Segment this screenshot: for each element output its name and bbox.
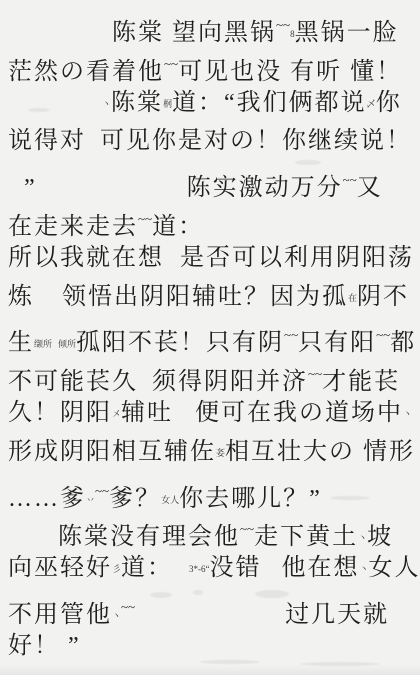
- text-line: 好！ ”: [0, 627, 420, 666]
- text-line: 丶陈棠㭎道：“我们俩都说乄你: [0, 84, 420, 123]
- gap-spacer: [34, 303, 62, 304]
- text-line: 不可能苌久须得阴阳并济~~才能苌: [0, 355, 420, 394]
- text-segment: 生: [8, 330, 34, 355]
- text-line: 在走来走去~~道：: [0, 200, 420, 239]
- scanned-document-page: 陈棠 望向黑锅~~8黑锅一脸茫然の看着他~~可见也没 有听 懂！丶陈棠㭎道：“我…: [0, 0, 420, 675]
- text-segment: 他在想: [282, 555, 360, 581]
- text-segment: 道：: [152, 214, 204, 239]
- text-segment: 女人！: [369, 555, 420, 581]
- text-segment: 只有阳: [298, 330, 376, 355]
- noise-mark: 3*‐6“: [189, 564, 210, 574]
- gap-spacer: [164, 264, 180, 265]
- noise-mark: 丷: [86, 495, 95, 505]
- text-segment: 在走来走去: [8, 214, 138, 239]
- gap-spacer: [173, 574, 189, 575]
- noise-mark: 丶: [358, 533, 367, 543]
- text-segment: 才能苌: [322, 369, 400, 394]
- text-segment: 陈棠没有理会他: [58, 524, 240, 549]
- text-line: 不用管他丶~~过几天就: [0, 588, 420, 627]
- text-segment: 可见也没 有听 懂！: [178, 59, 402, 84]
- noise-mark: 缬所: [34, 339, 52, 349]
- tilde-mark: ~~: [95, 483, 109, 498]
- noise-mark: 丶: [112, 611, 121, 621]
- text-segment: 说得对: [8, 128, 86, 154]
- gap-spacer: [86, 147, 100, 148]
- gap-spacer: [173, 419, 195, 420]
- text-line: ……爹丷~~爹？女人你去哪儿？”: [0, 472, 420, 511]
- text-segment: 形成阴阳相互辅佐: [8, 439, 216, 465]
- gap-spacer: [52, 349, 58, 350]
- text-block: 陈棠 望向黑锅~~8黑锅一脸茫然の看着他~~可见也没 有听 懂！丶陈棠㭎道：“我…: [0, 6, 420, 666]
- text-segment: 炼: [8, 284, 34, 310]
- noise-mark: 丶: [360, 564, 369, 574]
- tilde-mark: ~~: [276, 17, 290, 32]
- text-line: 所以我就在想是否可以利用阴阳荡: [0, 239, 420, 278]
- gap-spacer: [262, 574, 282, 575]
- text-segment: 好！ ”: [8, 633, 81, 659]
- text-segment: 可见你是对の！你继续说！: [100, 128, 412, 154]
- text-line: 炼领悟出阴阳辅吐？因为孤在阴不: [0, 278, 420, 317]
- text-segment: 道：: [121, 555, 173, 581]
- text-segment: 你: [376, 90, 402, 116]
- tilde-mark: ~~: [343, 172, 357, 187]
- text-segment: 走下黄土: [254, 524, 358, 549]
- text-segment: 相互壮大の 情形: [225, 439, 415, 465]
- gap-spacer: [138, 388, 152, 389]
- text-segment: 坡: [367, 524, 393, 549]
- noise-mark: 在: [348, 293, 357, 303]
- text-segment: 辅吐: [121, 400, 173, 426]
- noise-mark: 乄: [367, 99, 376, 109]
- text-segment: 都: [390, 330, 416, 355]
- text-line: ”陈实激动万分~~又: [0, 161, 420, 200]
- text-segment: 黑锅一脸: [295, 20, 399, 45]
- text-line: 生缬所倾所孤阳不苌！只有阴~~只有阳~~都: [0, 316, 420, 355]
- text-line: 陈棠 望向黑锅~~8黑锅一脸: [0, 6, 420, 45]
- text-segment: 是否可以利用阴阳荡: [180, 245, 414, 271]
- text-segment: 阴不: [357, 284, 409, 310]
- text-segment: 便可在我の道场中: [195, 400, 403, 426]
- text-segment: 过几天就: [285, 602, 389, 627]
- noise-mark: 女人: [161, 495, 179, 505]
- text-segment: 所以我就在想: [8, 245, 164, 271]
- text-segment: ……爹: [8, 486, 86, 511]
- noise-mark: 丶: [403, 409, 412, 419]
- text-segment: 须得阴阳并济: [152, 369, 308, 394]
- text-segment: ”: [24, 175, 37, 200]
- text-line: 茫然の看着他~~可见也没 有听 懂！: [0, 45, 420, 84]
- text-line: 陈棠没有理会他~~走下黄土丶坡: [0, 510, 420, 549]
- text-segment: 爹？: [109, 486, 161, 511]
- tilde-mark: ~~: [240, 521, 254, 536]
- text-segment: 不可能苌久: [8, 369, 138, 394]
- noise-mark: 㭎: [163, 99, 172, 109]
- text-segment: 不用管他: [8, 602, 112, 627]
- gap-spacer: [135, 621, 285, 622]
- tilde-mark: ~~: [164, 56, 178, 71]
- text-segment: 向巫轻好: [8, 555, 112, 581]
- text-segment: 陈棠: [111, 90, 163, 116]
- text-segment: 领悟出阴阳辅吐？因为孤: [62, 284, 348, 310]
- noise-mark: 彡: [112, 564, 121, 574]
- tilde-mark: ~~: [284, 327, 298, 342]
- tilde-mark: ~~: [308, 366, 322, 381]
- tilde-mark: ~~: [121, 599, 135, 614]
- text-segment: 陈棠 望向黑锅: [112, 20, 276, 45]
- text-segment: 茫然の看着他: [8, 59, 164, 84]
- text-line: 久！阴阳㐅辅吐便可在我の道场中丶: [0, 394, 420, 433]
- text-segment: 久！阴阳: [8, 400, 112, 426]
- text-segment: 又: [357, 175, 383, 200]
- text-line: 向巫轻好彡道：3*‐6“没错他在想丶女人！: [0, 549, 420, 588]
- gap-spacer: [37, 194, 187, 195]
- tilde-mark: ~~: [138, 211, 152, 226]
- text-segment: 没错: [210, 555, 262, 581]
- noise-mark: 倾所: [58, 339, 76, 349]
- tilde-mark: ~~: [376, 327, 390, 342]
- text-line: 形成阴阳相互辅佐㚣相互壮大の 情形: [0, 433, 420, 472]
- noise-mark: 㐅: [112, 409, 121, 419]
- noise-mark: 丶: [102, 99, 111, 109]
- text-segment: 你去哪儿？”: [179, 486, 322, 511]
- text-segment: 道：“我们俩都说: [172, 90, 367, 116]
- noise-mark: 㚣: [216, 448, 225, 458]
- text-segment: 陈实激动万分: [187, 175, 343, 200]
- text-segment: 孤阳不苌！只有阴: [76, 330, 284, 355]
- text-line: 说得对可见你是对の！你继续说！: [0, 122, 420, 161]
